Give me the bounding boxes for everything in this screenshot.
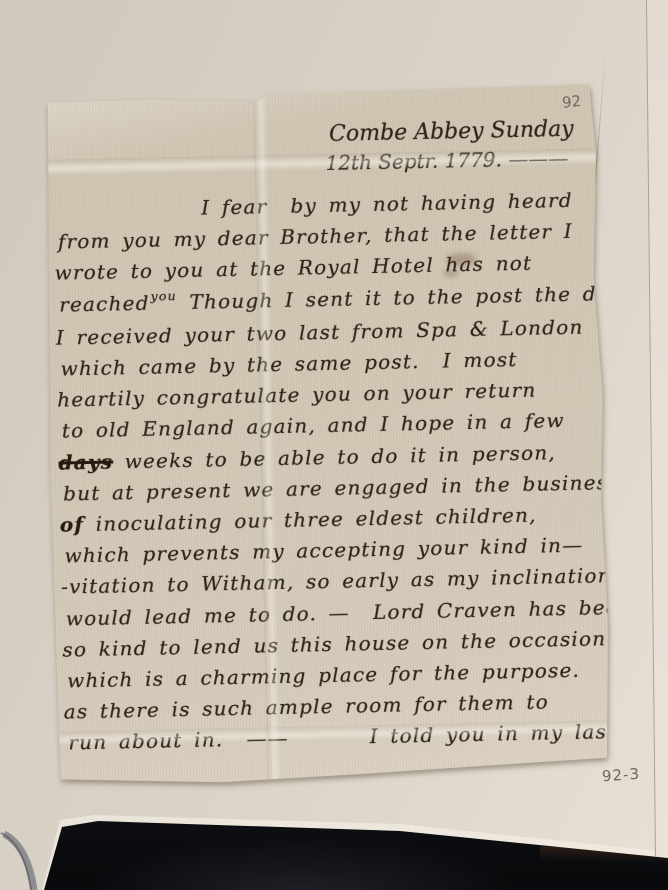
letter-line-inserted: you [150, 280, 177, 312]
letter-line-text: Though I sent it to the post the day [178, 280, 623, 313]
letter-line-text: inoculating our three eldest children, [84, 503, 537, 536]
letter-line-struck: days [58, 449, 113, 474]
pencil-page-number: 92 [561, 92, 582, 112]
letter-body: I fear by my not having heardfrom you my… [43, 184, 611, 759]
gray-cable [0, 820, 80, 890]
letter-line-bold: of [60, 512, 85, 537]
letter-paper-wrap: 92 Combe Abbey Sunday 12th Septr. 1779. … [41, 84, 611, 785]
letter-line-text: weeks to be able to do it in person, [113, 440, 556, 473]
letter-paper: 92 Combe Abbey Sunday 12th Septr. 1779. … [41, 84, 611, 785]
letter-line-pre: reached [59, 290, 150, 316]
letter-line-text: which came by the same post. I most [60, 347, 517, 381]
photo-scene: 92 Combe Abbey Sunday 12th Septr. 1779. … [0, 0, 668, 890]
pencil-catalog-number: 92-3 [601, 765, 640, 786]
